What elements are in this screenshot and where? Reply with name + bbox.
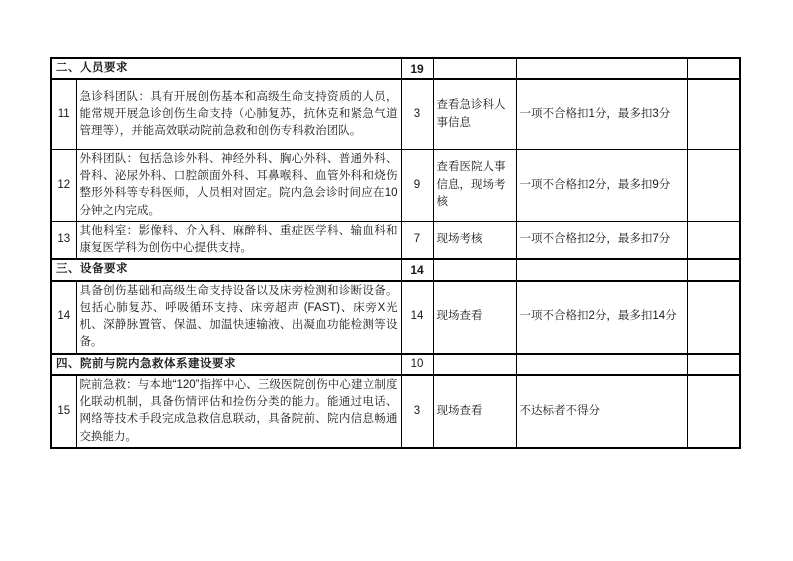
scoring-criteria: 一项不合格扣1分，最多扣3分 [516, 79, 687, 149]
empty-cell [433, 58, 516, 79]
score-value: 14 [401, 281, 433, 354]
table-row-13: 13 其他科室：影像科、介入科、麻醉科、重症医学科、输血科和康复医学科为创伤中心… [51, 221, 740, 259]
section-title: 二、人员要求 [51, 58, 401, 79]
score-value: 9 [401, 149, 433, 221]
scoring-criteria: 一项不合格扣2分，最多扣14分 [516, 281, 687, 354]
check-method: 查看医院人事信息，现场考核 [433, 149, 516, 221]
empty-cell [516, 354, 687, 375]
scoring-criteria: 不达标者不得分 [516, 375, 687, 448]
requirement-text: 院前急救：与本地“120”指挥中心、三级医院创伤中心建立制度化联动机制，具备伤情… [76, 375, 401, 448]
section-score: 10 [401, 354, 433, 375]
check-method: 现场查看 [433, 375, 516, 448]
document-page: 二、人员要求 19 11 急诊科团队：具有开展创伤基本和高级生命支持资质的人员，… [0, 0, 793, 561]
section-row-personnel: 二、人员要求 19 [51, 58, 740, 79]
score-value: 3 [401, 375, 433, 448]
table-row-11: 11 急诊科团队：具有开展创伤基本和高级生命支持资质的人员，能常规开展急诊创伤生… [51, 79, 740, 149]
empty-cell [433, 259, 516, 280]
check-method: 现场考核 [433, 221, 516, 259]
section-score: 14 [401, 259, 433, 280]
score-value: 3 [401, 79, 433, 149]
check-method: 查看急诊科人事信息 [433, 79, 516, 149]
row-number: 11 [51, 79, 76, 149]
section-score: 19 [401, 58, 433, 79]
empty-cell [687, 79, 740, 149]
empty-cell [433, 354, 516, 375]
table-row-14: 14 具备创伤基础和高级生命支持设备以及床旁检测和诊断设备。包括心肺复苏、呼吸循… [51, 281, 740, 354]
scoring-criteria: 一项不合格扣2分，最多扣9分 [516, 149, 687, 221]
score-value: 7 [401, 221, 433, 259]
table-row-12: 12 外科团队：包括急诊外科、神经外科、胸心外科、普通外科、骨科、泌尿外科、口腔… [51, 149, 740, 221]
table-row-15: 15 院前急救：与本地“120”指挥中心、三级医院创伤中心建立制度化联动机制，具… [51, 375, 740, 448]
requirement-text: 其他科室：影像科、介入科、麻醉科、重症医学科、输血科和康复医学科为创伤中心提供支… [76, 221, 401, 259]
section-row-equipment: 三、设备要求 14 [51, 259, 740, 280]
row-number: 12 [51, 149, 76, 221]
trauma-center-score-table: 二、人员要求 19 11 急诊科团队：具有开展创伤基本和高级生命支持资质的人员，… [50, 57, 741, 449]
check-method: 现场查看 [433, 281, 516, 354]
empty-cell [516, 259, 687, 280]
requirement-text: 具备创伤基础和高级生命支持设备以及床旁检测和诊断设备。包括心肺复苏、呼吸循环支持… [76, 281, 401, 354]
empty-cell [687, 221, 740, 259]
section-title: 三、设备要求 [51, 259, 401, 280]
row-number: 15 [51, 375, 76, 448]
empty-cell [687, 375, 740, 448]
empty-cell [516, 58, 687, 79]
requirement-text: 急诊科团队：具有开展创伤基本和高级生命支持资质的人员，能常规开展急诊创伤生命支持… [76, 79, 401, 149]
row-number: 13 [51, 221, 76, 259]
section-row-emergency-system: 四、院前与院内急救体系建设要求 10 [51, 354, 740, 375]
empty-cell [687, 281, 740, 354]
empty-cell [687, 149, 740, 221]
row-number: 14 [51, 281, 76, 354]
empty-cell [687, 259, 740, 280]
scoring-criteria: 一项不合格扣2分，最多扣7分 [516, 221, 687, 259]
requirement-text: 外科团队：包括急诊外科、神经外科、胸心外科、普通外科、骨科、泌尿外科、口腔颌面外… [76, 149, 401, 221]
empty-cell [687, 354, 740, 375]
empty-cell [687, 58, 740, 79]
section-title: 四、院前与院内急救体系建设要求 [51, 354, 401, 375]
